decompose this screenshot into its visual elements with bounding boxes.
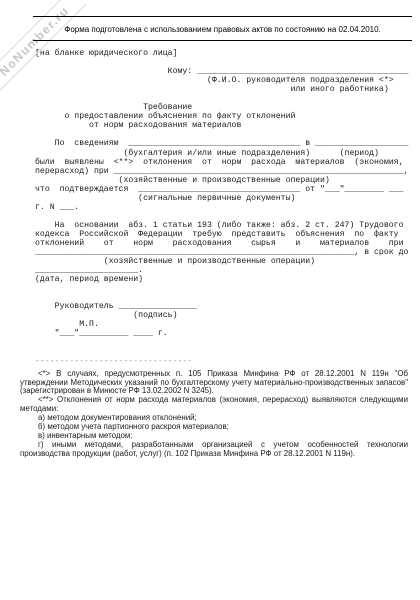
footnote-item: г) иными методами, разработанными органи… bbox=[20, 441, 408, 459]
footnote-item: <*> В случаях, предусмотренных п. 105 Пр… bbox=[20, 370, 408, 397]
footnote-separator: -------------------------------- bbox=[35, 357, 420, 366]
document-page: NoNumber.ru Форма подготовлена с использ… bbox=[0, 0, 420, 600]
header-notice-bar: Форма подготовлена с использованием прав… bbox=[33, 16, 412, 41]
header-notice-text: Форма подготовлена с использованием прав… bbox=[64, 25, 381, 34]
document-body: [на бланке юридического лица] Кому: ____… bbox=[35, 49, 420, 357]
footnotes: <*> В случаях, предусмотренных п. 105 Пр… bbox=[20, 370, 408, 459]
footnote-item: <**> Отклонения от норм расхода материал… bbox=[20, 396, 408, 414]
